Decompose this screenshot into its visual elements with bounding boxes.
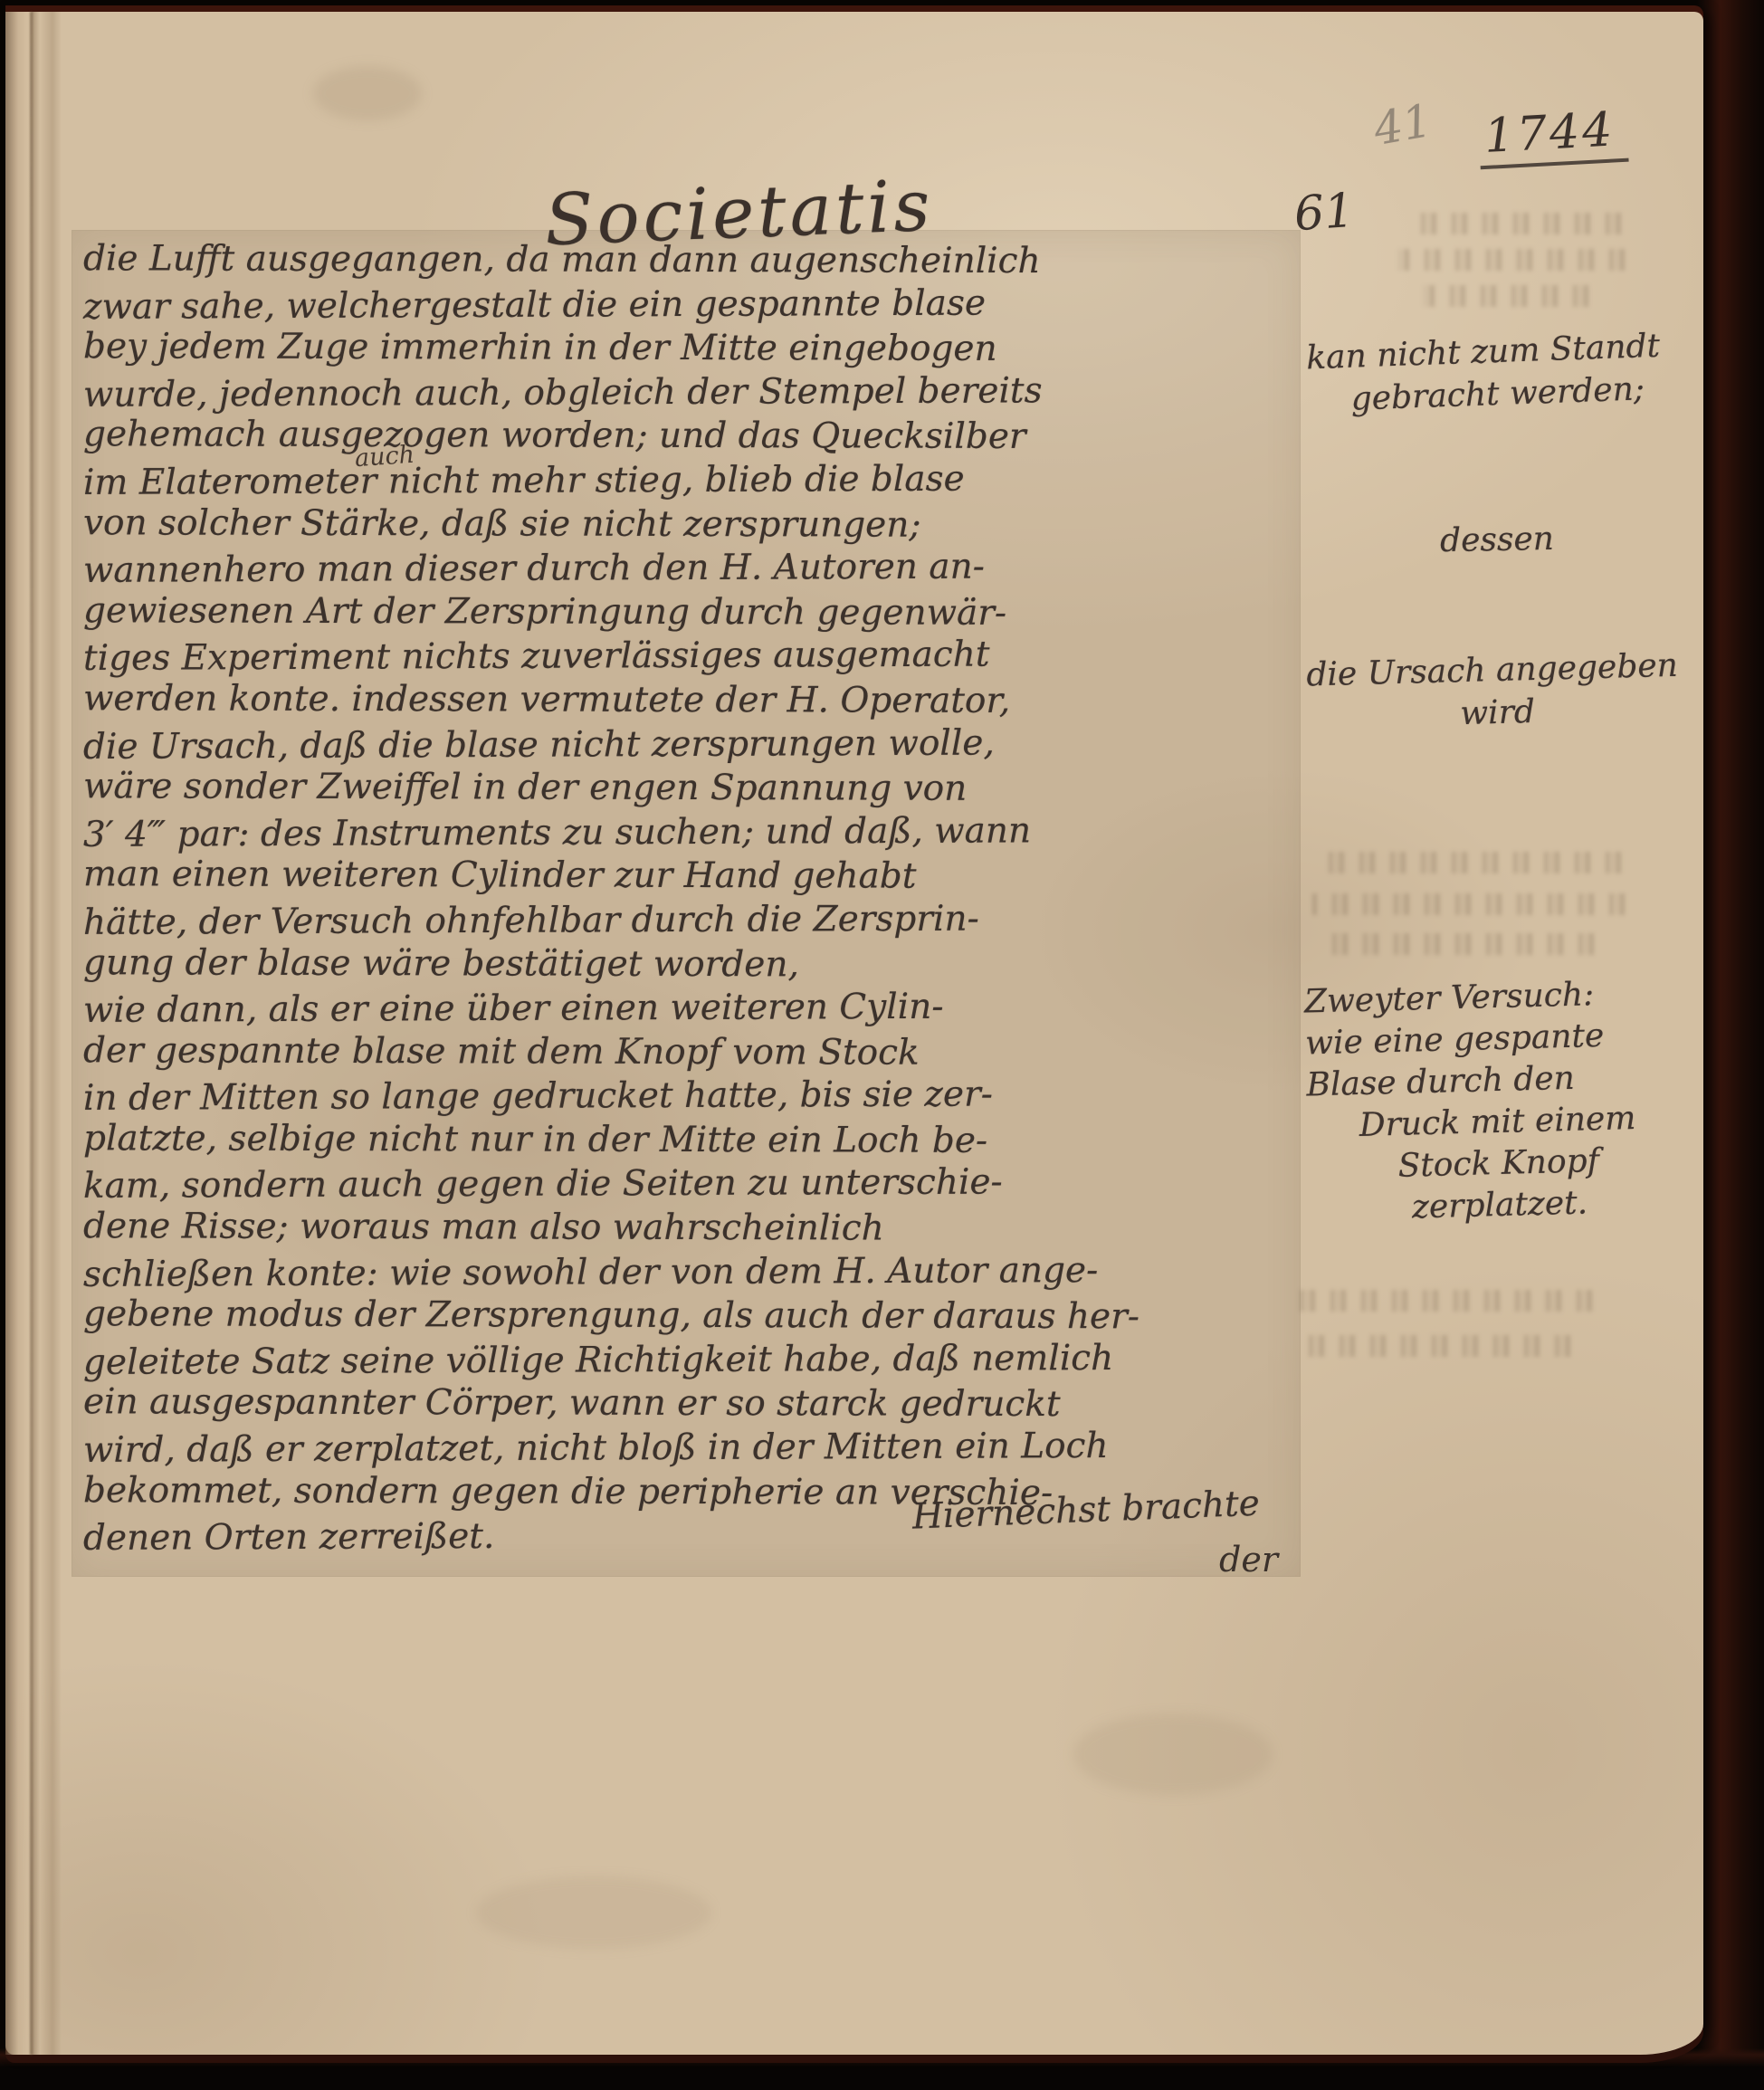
- margin-note-2: dessen: [1307, 515, 1688, 564]
- book-binding-right-edge: [1697, 0, 1764, 2090]
- manuscript-line: wie dann, als er eine über einen weitere…: [83, 985, 1296, 1034]
- bleedthrough-smudge: [1312, 893, 1631, 915]
- margin-note-line: dessen: [1307, 515, 1688, 564]
- manuscript-line: tiges Experiment nichts zuverlässiges au…: [83, 633, 1296, 682]
- margin-note-line: zerplatzet.: [1309, 1179, 1690, 1231]
- scanned-manuscript-page: Societatis 41 1744 61 auch die Lufft aus…: [0, 0, 1764, 2090]
- manuscript-line: bey jedem Zuge immerhin in der Mitte ein…: [83, 326, 1296, 373]
- manuscript-line: geleitete Satz seine völlige Richtigkeit…: [83, 1337, 1296, 1386]
- manuscript-line: im Elaterometer nicht mehr stieg, blieb …: [83, 457, 1296, 506]
- bleedthrough-smudge: [1329, 933, 1600, 955]
- manuscript-line: dene Risse; woraus man also wahrscheinli…: [83, 1206, 1296, 1253]
- manuscript-line: platzte, selbige nicht nur in der Mitte …: [83, 1118, 1296, 1165]
- manuscript-line: wannenhero man dieser durch den H. Autor…: [83, 545, 1296, 594]
- parchment-page: Societatis 41 1744 61 auch die Lufft aus…: [5, 12, 1703, 2055]
- manuscript-line: wird, daß er zerplatzet, nicht bloß in d…: [83, 1425, 1296, 1474]
- manuscript-line: der gespannte blase mit dem Knopf vom St…: [83, 1030, 1296, 1077]
- manuscript-line: gung der blase wäre bestätiget worden,: [83, 942, 1296, 989]
- pencil-folio-number: 41: [1369, 94, 1435, 156]
- catchword: der: [83, 1540, 1332, 1579]
- main-text-block: auch die Lufft ausgegangen, da man dann …: [83, 240, 1296, 1560]
- bleedthrough-smudge: [1397, 249, 1631, 271]
- bleedthrough-smudge: [1300, 1290, 1598, 1312]
- manuscript-line: kam, sondern auch gegen die Seiten zu un…: [83, 1161, 1296, 1210]
- gutter-crease: [30, 12, 33, 2055]
- manuscript-line: ein ausgespannter Cörper, wann er so sta…: [83, 1382, 1296, 1429]
- paper-stain: [1073, 1713, 1273, 1795]
- manuscript-line: man einen weiteren Cylinder zur Hand geh…: [83, 854, 1296, 902]
- year-label: 1744: [1477, 102, 1629, 170]
- manuscript-line: wäre sonder Zweiffel in der engen Spannu…: [83, 766, 1296, 813]
- bleedthrough-smudge: [1410, 213, 1627, 234]
- manuscript-line: gewiesenen Art der Zerspringung durch ge…: [83, 590, 1296, 637]
- page-gutter-edge: [5, 12, 62, 2055]
- margin-note-3: die Ursach angegeben wird: [1306, 644, 1688, 740]
- paper-stain: [476, 1876, 711, 1949]
- manuscript-line: schließen konte: wie sowohl der von dem …: [83, 1249, 1296, 1298]
- manuscript-line: werden konte. indessen vermutete der H. …: [83, 678, 1296, 725]
- manuscript-line: gehemach ausgezogen worden; und das Quec…: [83, 415, 1296, 462]
- manuscript-line: wurde, jedennoch auch, obgleich der Stem…: [83, 369, 1296, 418]
- paper-stain: [313, 66, 422, 120]
- manuscript-line: von solcher Stärke, daß sie nicht zerspr…: [83, 502, 1296, 549]
- manuscript-line: 3′ 4‴ par: des Instruments zu suchen; un…: [83, 809, 1296, 858]
- margin-note-1: kan nicht zum Standt gebracht werden;: [1305, 324, 1688, 423]
- manuscript-line: zwar sahe, welchergestalt die ein gespan…: [83, 282, 1296, 330]
- margin-note-4: Zweyter Versuch: wie eine gespante Blase…: [1303, 972, 1690, 1232]
- bleedthrough-smudge: [1423, 285, 1595, 307]
- bleedthrough-smudge: [1305, 1335, 1577, 1357]
- bleedthrough-smudge: [1320, 852, 1627, 873]
- manuscript-line: gebene modus der Zersprengung, als auch …: [83, 1293, 1296, 1341]
- manuscript-line: in der Mitten so lange gedrucket hatte, …: [83, 1073, 1296, 1121]
- manuscript-line: die Lufft ausgegangen, da man dann augen…: [83, 238, 1296, 285]
- manuscript-line: hätte, der Versuch ohnfehlbar durch die …: [83, 897, 1296, 946]
- page-number: 61: [1292, 184, 1356, 242]
- manuscript-line: die Ursach, daß die blase nicht zersprun…: [83, 721, 1296, 770]
